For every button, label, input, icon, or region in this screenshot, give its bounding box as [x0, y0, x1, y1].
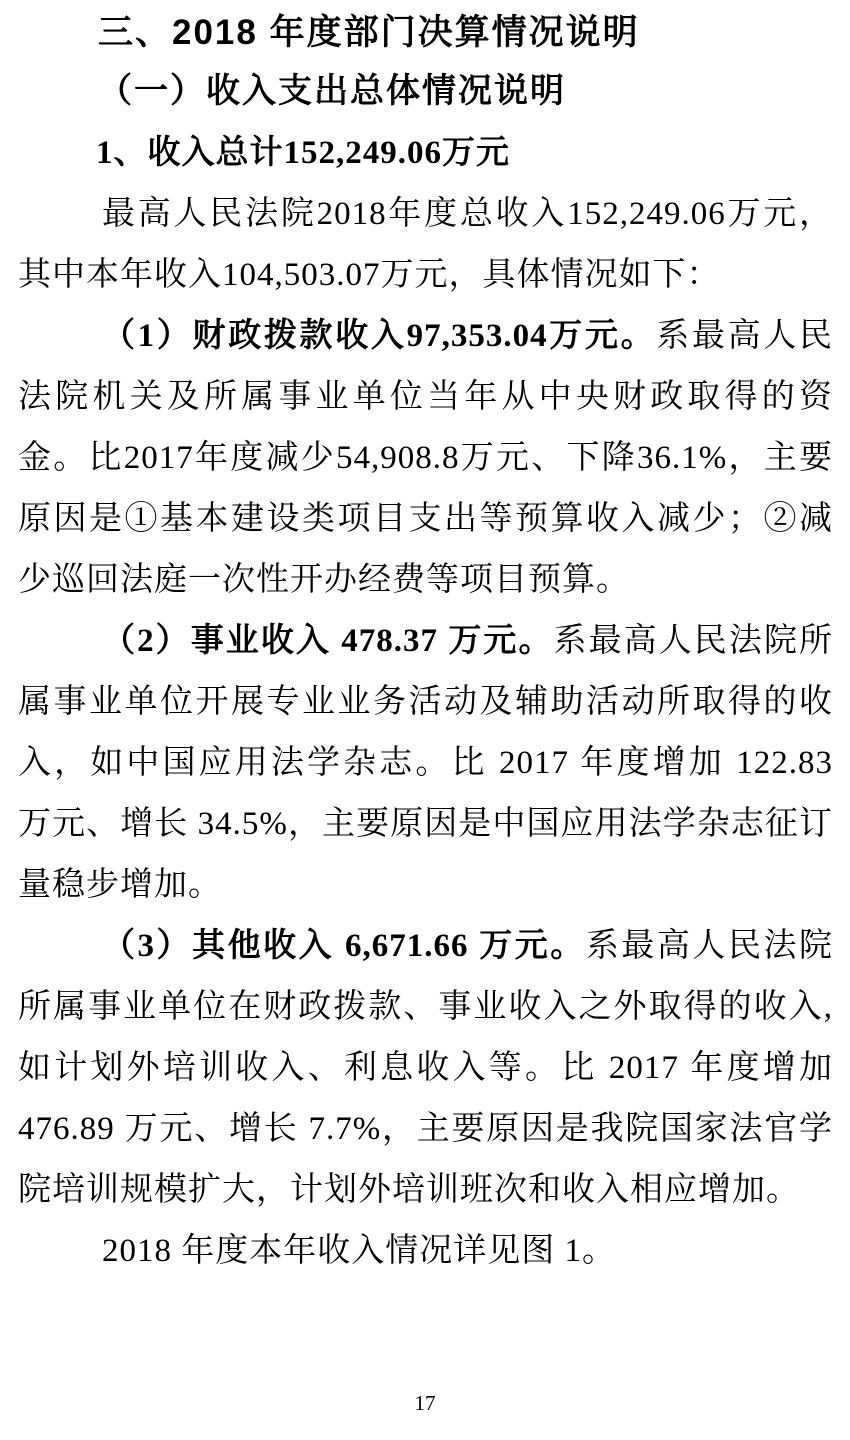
paragraph-figure-reference: 2018 年度本年收入情况详见图 1。	[18, 1221, 833, 1282]
item-heading: 1、收入总计152,249.06万元	[18, 122, 833, 184]
paragraph-other-income-body: 系最高人民法院所属事业单位在财政拨款、事业收入之外取得的收入,如计划外培训收入、…	[18, 928, 833, 1208]
document-page: 三、2018 年度部门决算情况说明 （一）收入支出总体情况说明 1、收入总计15…	[0, 0, 850, 1440]
paragraph-fiscal-appropriation-lead: （1）财政拨款收入97,353.04万元。	[102, 318, 656, 354]
paragraph-other-income-lead: （3）其他收入 6,671.66 万元。	[102, 928, 586, 964]
document-content: 三、2018 年度部门决算情况说明 （一）收入支出总体情况说明 1、收入总计15…	[18, 4, 833, 1282]
subsection-heading: （一）收入支出总体情况说明	[18, 62, 833, 122]
page-number: 17	[0, 1391, 850, 1416]
paragraph-operating-income: （2）事业收入 478.37 万元。系最高人民法院所属事业单位开展专业业务活动及…	[18, 611, 833, 916]
paragraph-other-income: （3）其他收入 6,671.66 万元。系最高人民法院所属事业单位在财政拨款、事…	[18, 916, 833, 1221]
paragraph-operating-income-lead: （2）事业收入 478.37 万元。	[102, 623, 554, 659]
paragraph-total-income: 最高人民法院2018年度总收入152,249.06万元，其中本年收入104,50…	[18, 184, 833, 306]
paragraph-fiscal-appropriation: （1）财政拨款收入97,353.04万元。系最高人民法院机关及所属事业单位当年从…	[18, 306, 833, 611]
paragraph-operating-income-body: 系最高人民法院所属事业单位开展专业业务活动及辅助活动所取得的收入，如中国应用法学…	[18, 623, 833, 903]
section-heading: 三、2018 年度部门决算情况说明	[18, 4, 833, 62]
paragraph-fiscal-appropriation-body: 系最高人民法院机关及所属事业单位当年从中央财政取得的资金。比2017年度减少54…	[18, 318, 833, 598]
